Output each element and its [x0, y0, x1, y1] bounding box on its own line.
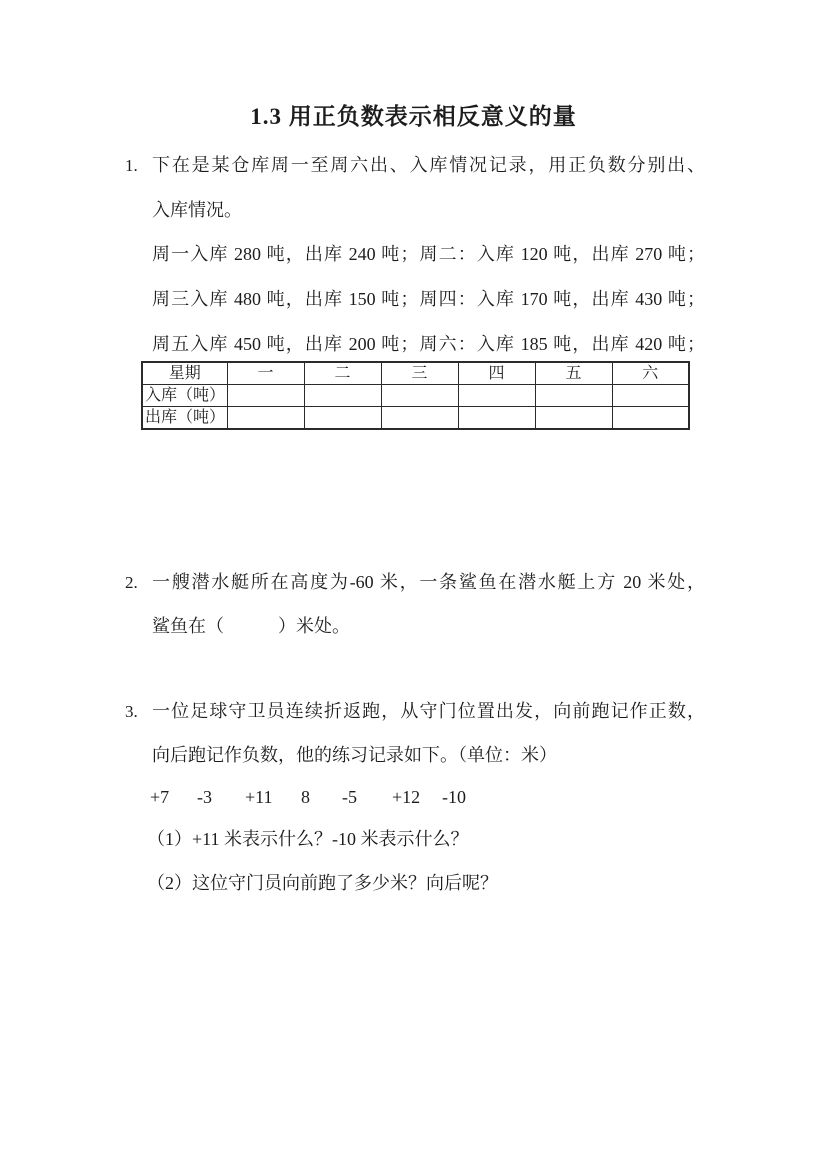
table-cell-blank [381, 407, 458, 430]
problem3-line1: 一位足球守卫员连续折返跑，从守门位置出发，向前跑记作正数， [152, 700, 705, 723]
table-header-tue: 二 [304, 362, 381, 385]
table-cell-blank [535, 407, 612, 430]
record-value: +7 [150, 786, 169, 809]
record-value: 8 [301, 786, 310, 809]
problem3-sub-question-1: （1）+11 米表示什么？-10 米表示什么？ [147, 828, 468, 851]
problem2-line1: 一艘潜水艇所在高度为-60 米，一条鲨鱼在潜水艇上方 20 米处， [152, 571, 705, 594]
worksheet-page: 1.3 用正负数表示相反意义的量 1.下在是某仓库周一至周六出、入库情况记录，用… [0, 0, 827, 1169]
record-value: +12 [392, 786, 420, 809]
problem3-line2-text: 向后跑记作负数，他的练习记录如下。（单位：米） [152, 744, 557, 767]
warehouse-table: 星期 一 二 三 四 五 六 入库（吨） 出库（吨） [141, 361, 690, 430]
table-cell-blank [227, 385, 304, 407]
problem1-data-line-3-text: 周五入库 450 吨，出库 200 吨；周六：入库 185 吨，出库 420 吨… [152, 333, 705, 356]
table-cell-blank [458, 385, 535, 407]
table-cell-blank [535, 385, 612, 407]
problem2-number: 2. [125, 571, 152, 594]
table-row-inbound-label: 入库（吨） [142, 385, 227, 407]
problem1-data-line-2-text: 周三入库 480 吨，出库 150 吨；周四：入库 170 吨，出库 430 吨… [152, 288, 705, 311]
table-header-row: 星期 一 二 三 四 五 六 [142, 362, 689, 385]
problem1-intro-line1-row: 1.下在是某仓库周一至周六出、入库情况记录，用正负数分别出、 [125, 154, 705, 177]
page-title: 1.3 用正负数表示相反意义的量 [0, 102, 827, 132]
problem3-sub-question-1-text: （1）+11 米表示什么？-10 米表示什么？ [147, 828, 468, 851]
problem2-line2: 鲨鱼在（ ）米处。 [152, 615, 350, 638]
problem1-intro-line1: 下在是某仓库周一至周六出、入库情况记录，用正负数分别出、 [152, 154, 705, 177]
table-header-sat: 六 [612, 362, 689, 385]
table-cell-blank [458, 407, 535, 430]
problem1-data-line-2: 周三入库 480 吨，出库 150 吨；周四：入库 170 吨，出库 430 吨… [152, 288, 705, 311]
table-cell-blank [304, 407, 381, 430]
table-cell-blank [381, 385, 458, 407]
table-row-outbound-label: 出库（吨） [142, 407, 227, 430]
problem1-data-line-1-text: 周一入库 280 吨，出库 240 吨；周二：入库 120 吨，出库 270 吨… [152, 243, 705, 266]
table-cell-blank [612, 385, 689, 407]
table-cell-blank [227, 407, 304, 430]
problem2-line2-text: 鲨鱼在（ ）米处。 [152, 615, 350, 638]
problem3-line2: 向后跑记作负数，他的练习记录如下。（单位：米） [152, 744, 557, 767]
problem3-sub-question-2-text: （2）这位守门员向前跑了多少米？向后呢？ [147, 872, 498, 895]
problem3-number: 3. [125, 700, 152, 723]
problem1-intro-line2: 入库情况。 [152, 199, 242, 222]
problem1-number: 1. [125, 154, 152, 177]
table-row-inbound: 入库（吨） [142, 385, 689, 407]
table-row-outbound: 出库（吨） [142, 407, 689, 430]
problem1-intro-line2-text: 入库情况。 [152, 199, 242, 222]
problem3-sub-question-2: （2）这位守门员向前跑了多少米？向后呢？ [147, 872, 498, 895]
record-value: -5 [342, 786, 357, 809]
problem2-line1-row: 2.一艘潜水艇所在高度为-60 米，一条鲨鱼在潜水艇上方 20 米处， [125, 571, 705, 594]
table-header-wed: 三 [381, 362, 458, 385]
record-value: +11 [245, 786, 272, 809]
table-header-thu: 四 [458, 362, 535, 385]
table-cell-blank [304, 385, 381, 407]
record-value: -3 [197, 786, 212, 809]
problem1-data-line-3: 周五入库 450 吨，出库 200 吨；周六：入库 185 吨，出库 420 吨… [152, 333, 705, 356]
problem3-line1-row: 3.一位足球守卫员连续折返跑，从守门位置出发，向前跑记作正数， [125, 700, 705, 723]
problem1-data-line-1: 周一入库 280 吨，出库 240 吨；周二：入库 120 吨，出库 270 吨… [152, 243, 705, 266]
record-value: -10 [442, 786, 466, 809]
table-header-mon: 一 [227, 362, 304, 385]
table-cell-blank [612, 407, 689, 430]
table-header-fri: 五 [535, 362, 612, 385]
table-header-week: 星期 [142, 362, 227, 385]
